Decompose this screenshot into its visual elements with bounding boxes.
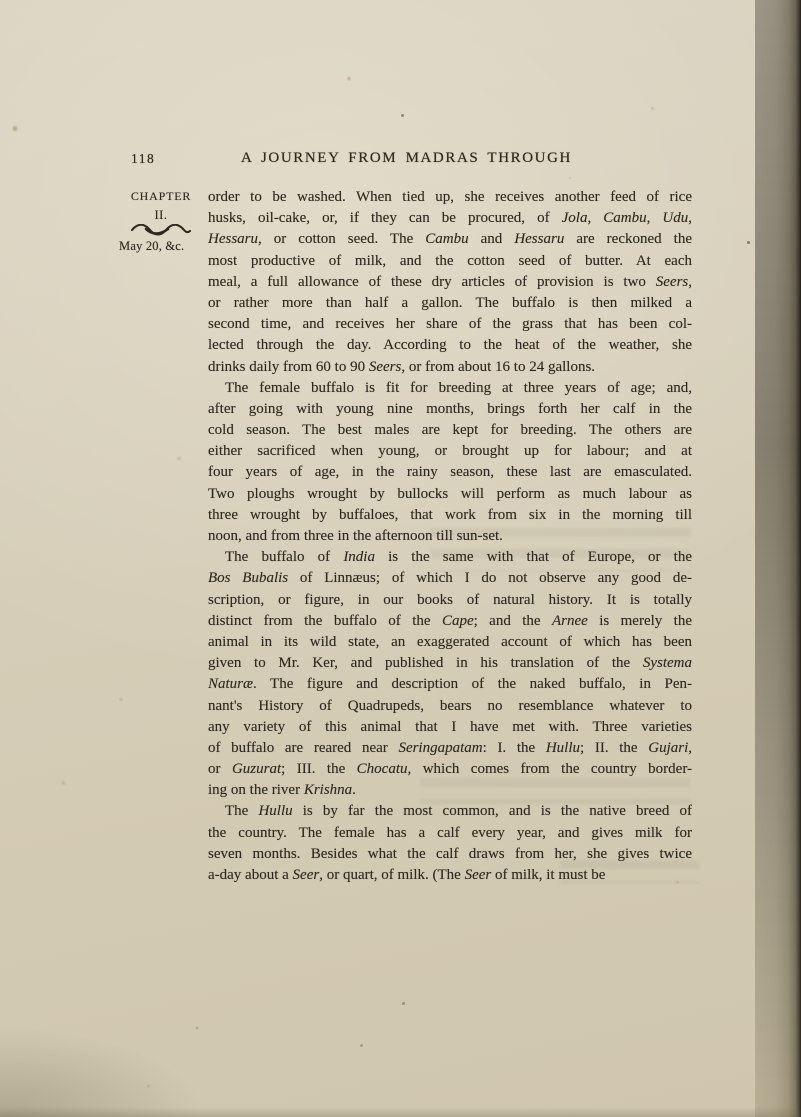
foxing-spot bbox=[402, 1002, 405, 1005]
text-line: nant's History of Quadrupeds, bears no r… bbox=[208, 696, 692, 717]
italic-term: Udu bbox=[662, 210, 688, 226]
text-line: four years of age, in the rainy season, … bbox=[208, 462, 692, 483]
foxing-spot bbox=[401, 114, 404, 117]
text-line: or Guzurat; III. the Chocatu, which come… bbox=[208, 759, 692, 780]
running-title: A JOURNEY FROM MADRAS THROUGH bbox=[6, 150, 801, 167]
margin-note: CHAPTER II. May 20, &c. bbox=[119, 190, 203, 252]
text-line: the country. The female has a calf every… bbox=[208, 823, 692, 844]
chapter-label: CHAPTER bbox=[119, 190, 203, 202]
text-line: order to be washed. When tied up, she re… bbox=[208, 187, 692, 208]
foxing-spot bbox=[118, 697, 124, 702]
foxing-spot bbox=[747, 241, 750, 244]
text-line: The buffalo of India is the same with th… bbox=[208, 547, 692, 568]
text-line: Hessaru, or cotton seed. The Cambu and H… bbox=[208, 229, 692, 250]
text-line: either sacrificed when young, or brought… bbox=[208, 441, 692, 462]
text-line: ing on the river Krishna. bbox=[208, 780, 692, 801]
italic-term: Hessaru bbox=[514, 231, 564, 247]
bottom-edge-shadow bbox=[0, 1107, 801, 1117]
foxing-spot bbox=[650, 106, 655, 111]
italic-term: Gujari bbox=[648, 740, 688, 756]
text-line: cold season. The best males are kept for… bbox=[208, 420, 692, 441]
body-text: order to be washed. When tied up, she re… bbox=[208, 187, 692, 886]
chapter-numeral: II. bbox=[119, 209, 203, 222]
italic-term: Krishna bbox=[304, 782, 352, 798]
text-line: Two ploughs wrought by bullocks will per… bbox=[208, 484, 692, 505]
text-line: or rather more than half a gallon. The b… bbox=[208, 293, 692, 314]
page-edge-shadow bbox=[755, 0, 801, 1117]
text-line: animal in its wild state, an exaggerated… bbox=[208, 632, 692, 653]
text-line: three wrought by buffaloes, that work fr… bbox=[208, 505, 692, 526]
italic-term: Chocatu bbox=[357, 761, 408, 777]
italic-term: Cambu bbox=[603, 210, 646, 226]
foxing-spot bbox=[346, 76, 352, 81]
foxing-spot bbox=[11, 125, 19, 132]
foxing-spot bbox=[360, 1044, 363, 1047]
date-note: May 20, &c. bbox=[119, 240, 203, 253]
italic-term: Hessaru bbox=[208, 231, 258, 247]
text-line: scription, or figure, in our books of na… bbox=[208, 590, 692, 611]
italic-term: Bos Bubalis bbox=[208, 570, 288, 586]
printer-flourish-icon bbox=[130, 224, 192, 236]
italic-term: Seers bbox=[369, 359, 402, 375]
text-line: most productive of milk, and the cotton … bbox=[208, 251, 692, 272]
text-line: a-day about a Seer, or quart, of milk. (… bbox=[208, 865, 692, 886]
italic-term: Jola bbox=[562, 210, 588, 226]
text-line: distinct from the buffalo of the Cape; a… bbox=[208, 611, 692, 632]
italic-term: Naturæ bbox=[208, 676, 253, 692]
text-line: of buffalo are reared near Seringapatam:… bbox=[208, 738, 692, 759]
text-line: The female buffalo is fit for breeding a… bbox=[208, 378, 692, 399]
italic-term: Arnee bbox=[552, 613, 588, 629]
text-line: seven months. Besides what the calf draw… bbox=[208, 844, 692, 865]
text-line: The Hullu is by far the most common, and… bbox=[208, 801, 692, 822]
italic-term: India bbox=[343, 549, 375, 565]
italic-term: Seers bbox=[656, 274, 689, 290]
italic-term: Guzurat bbox=[232, 761, 281, 777]
text-line: Naturæ. The figure and description of th… bbox=[208, 674, 692, 695]
italic-term: Cambu bbox=[425, 231, 468, 247]
text-line: Bos Bubalis of Linnæus; of which I do no… bbox=[208, 568, 692, 589]
text-line: any variety of this animal that I have m… bbox=[208, 717, 692, 738]
text-line: drinks daily from 60 to 90 Seers, or fro… bbox=[208, 357, 692, 378]
italic-term: Seringapatam bbox=[398, 740, 482, 756]
foxing-spot bbox=[568, 176, 572, 180]
foxing-spot bbox=[146, 1084, 151, 1088]
text-line: meal, a full allowance of these dry arti… bbox=[208, 272, 692, 293]
book-page: 118 A JOURNEY FROM MADRAS THROUGH CHAPTE… bbox=[0, 0, 801, 1117]
foxing-spot bbox=[195, 1026, 199, 1030]
text-line: after going with young nine months, brin… bbox=[208, 399, 692, 420]
text-line: noon, and from three in the afternoon ti… bbox=[208, 526, 692, 547]
text-line: lected through the day. According to the… bbox=[208, 335, 692, 356]
italic-term: Seer bbox=[293, 867, 320, 883]
italic-term: Hullu bbox=[546, 740, 580, 756]
italic-term: Seer bbox=[465, 867, 492, 883]
foxing-spot bbox=[60, 780, 67, 786]
text-line: given to Mr. Ker, and published in his t… bbox=[208, 653, 692, 674]
text-line: husks, oil-cake, or, if they can be proc… bbox=[208, 208, 692, 229]
italic-term: Hullu bbox=[258, 803, 292, 819]
foxing-spot bbox=[176, 456, 182, 461]
italic-term: Cape bbox=[442, 613, 474, 629]
italic-term: Systema bbox=[643, 655, 692, 671]
text-line: second time, and receives her share of t… bbox=[208, 314, 692, 335]
